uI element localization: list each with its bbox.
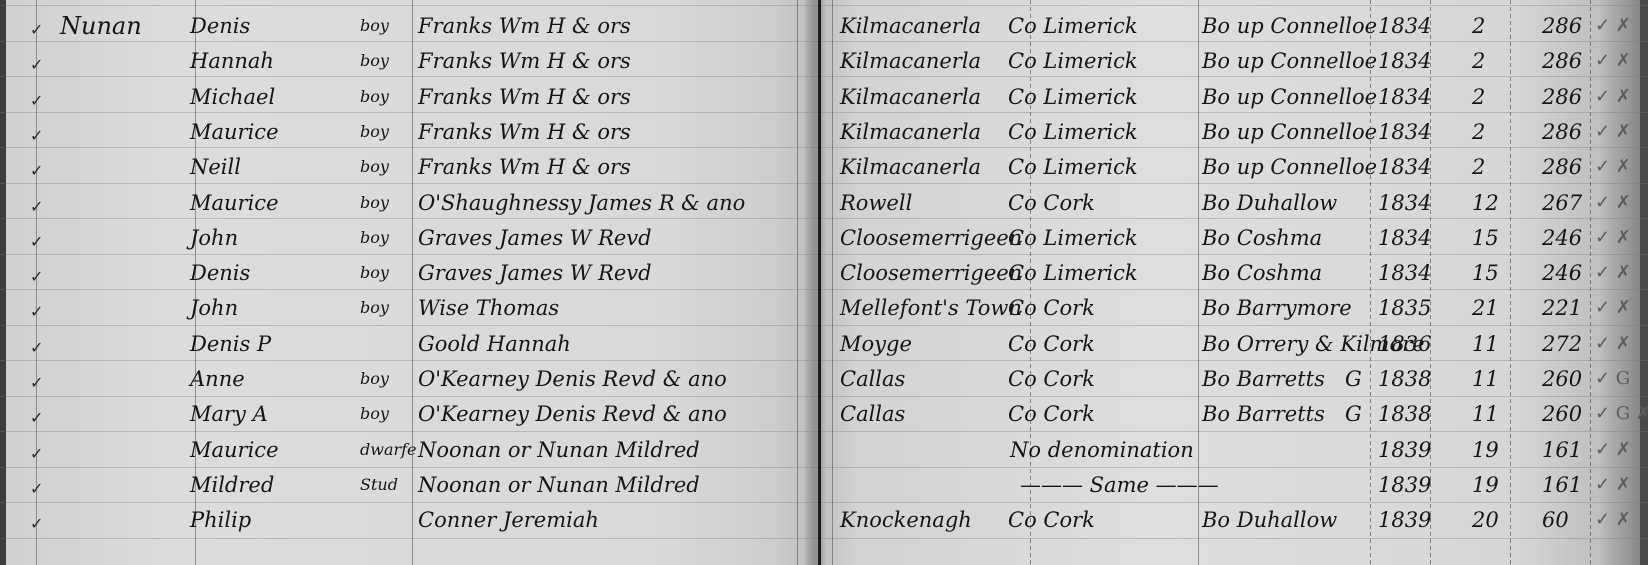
sheet-number: 2: [1472, 155, 1485, 179]
ruled-line: [0, 538, 1648, 539]
townland: Mellefont's Town: [840, 296, 1022, 320]
reference-number: 286: [1542, 85, 1582, 109]
given-name: Mary A: [190, 402, 268, 426]
relation: boy: [360, 296, 389, 320]
relation: boy: [360, 191, 389, 215]
given-name: John: [190, 296, 238, 320]
ruled-line: [0, 112, 1648, 113]
check-marks: ✓ ✗: [1595, 120, 1631, 144]
sheet-number: 11: [1472, 332, 1499, 356]
year: 1834: [1378, 191, 1431, 215]
check-marks: ✓ ✗: [1595, 508, 1631, 532]
sheet-number: 11: [1472, 402, 1499, 426]
barony: Bo Barretts: [1202, 367, 1325, 391]
reference-number: 60: [1542, 508, 1569, 532]
margin-check-icon: ✓: [30, 197, 43, 216]
year: 1834: [1378, 226, 1431, 250]
check-marks: ✓ ✗: [1595, 261, 1631, 285]
occupier: O'Kearney Denis Revd & ano: [418, 402, 727, 426]
barony: Bo Duhallow: [1202, 191, 1337, 215]
occupier-rule: [412, 0, 413, 565]
barony: Bo Barrymore: [1202, 296, 1352, 320]
year: 1834: [1378, 120, 1431, 144]
townland-rule: [832, 0, 833, 565]
reference-number: 286: [1542, 49, 1582, 73]
townland: Kilmacanerla: [840, 14, 981, 38]
book-gutter: [805, 0, 825, 565]
barony: Bo Duhallow: [1202, 508, 1337, 532]
check-marks: ✓ G: [1595, 367, 1630, 391]
townland: Callas: [840, 402, 905, 426]
year: 1839: [1378, 508, 1431, 532]
relation: boy: [360, 226, 389, 250]
county: Co Limerick: [1008, 261, 1138, 285]
given-name: Philip: [190, 508, 251, 532]
relation: dwarfe: [360, 438, 417, 462]
occupier: Franks Wm H & ors: [418, 120, 631, 144]
reference-number: 267: [1542, 191, 1582, 215]
county: Co Limerick: [1008, 14, 1138, 38]
occupier: O'Shaughnessy James R & ano: [418, 191, 745, 215]
occupier: Noonan or Nunan Mildred: [418, 473, 700, 497]
county: Co Cork: [1008, 402, 1095, 426]
occupier: Franks Wm H & ors: [418, 14, 631, 38]
relation: Stud: [360, 473, 398, 497]
ruled-line: [0, 396, 1648, 397]
given-name: Anne: [190, 367, 245, 391]
relation: boy: [360, 120, 389, 144]
check-marks: ✓ G ✗: [1595, 402, 1648, 426]
barony: Bo up Connelloe: [1202, 120, 1377, 144]
ruled-line: [0, 325, 1648, 326]
reference-number: 221: [1542, 296, 1582, 320]
ruled-line: [0, 218, 1648, 219]
barony: Bo Coshma: [1202, 226, 1322, 250]
county: Co Cork: [1008, 332, 1095, 356]
page-edge-right: [1640, 0, 1648, 565]
ruled-line: [0, 431, 1648, 432]
margin-check-icon: ✓: [30, 479, 43, 498]
occupier: Franks Wm H & ors: [418, 49, 631, 73]
relation: boy: [360, 85, 389, 109]
ruled-line: [0, 502, 1648, 503]
townland: Cloosemerrigeen: [840, 226, 1022, 250]
ruled-line: [0, 289, 1648, 290]
occupier: Goold Hannah: [418, 332, 571, 356]
right-page-thick-rule: [818, 0, 821, 565]
reference-number: 260: [1542, 402, 1582, 426]
margin-check-icon: ✓: [30, 408, 43, 427]
given-name: John: [190, 226, 238, 250]
year: 1838: [1378, 402, 1431, 426]
given-name: Mildred: [190, 473, 274, 497]
year: 1834: [1378, 261, 1431, 285]
margin-check-icon: ✓: [30, 373, 43, 392]
reference-number: 260: [1542, 367, 1582, 391]
check-marks: ✓ ✗: [1595, 191, 1631, 215]
county: Co Cork: [1008, 296, 1095, 320]
barony: Bo up Connelloe: [1202, 85, 1377, 109]
barony-mark: G: [1345, 367, 1362, 391]
ruled-line: [0, 41, 1648, 42]
occupier: O'Kearney Denis Revd & ano: [418, 367, 727, 391]
reference-number: 246: [1542, 261, 1582, 285]
relation: boy: [360, 49, 389, 73]
barony-mark: G: [1345, 402, 1362, 426]
check-marks: ✓ ✗: [1595, 473, 1631, 497]
ruled-line: [0, 467, 1648, 468]
left-page-end-rule: [797, 0, 798, 565]
given-name: Hannah: [190, 49, 274, 73]
sheet-number: 12: [1472, 191, 1499, 215]
sheet-number: 2: [1472, 120, 1485, 144]
ledger-spread: Nunan ✓DenisboyFranks Wm H & orsKilmacan…: [0, 0, 1648, 565]
relation: boy: [360, 155, 389, 179]
townland: Rowell: [840, 191, 912, 215]
relation: boy: [360, 367, 389, 391]
townland: Kilmacanerla: [840, 85, 981, 109]
margin-check-icon: ✓: [30, 232, 43, 251]
given-name: Maurice: [190, 120, 279, 144]
year: 1834: [1378, 155, 1431, 179]
reference-number: 286: [1542, 14, 1582, 38]
ruled-line: [0, 5, 1648, 6]
barony: Bo up Connelloe: [1202, 155, 1377, 179]
county: Co Limerick: [1008, 155, 1138, 179]
reference-number: 272: [1542, 332, 1582, 356]
townland: Kilmacanerla: [840, 120, 981, 144]
sheet-number: 19: [1472, 473, 1499, 497]
margin-check-icon: ✓: [30, 20, 43, 39]
denomination-note: ——— Same ———: [1020, 473, 1219, 497]
check-marks: ✓ ✗: [1595, 438, 1631, 462]
given-name: Neill: [190, 155, 241, 179]
sheet-number: 2: [1472, 14, 1485, 38]
sheet-number: 11: [1472, 367, 1499, 391]
given-name: Denis: [190, 14, 250, 38]
check-marks: ✓ ✗: [1595, 85, 1631, 109]
barony: Bo Coshma: [1202, 261, 1322, 285]
surname: Nunan: [60, 14, 142, 38]
reference-number: 161: [1542, 438, 1582, 462]
occupier: Franks Wm H & ors: [418, 85, 631, 109]
county: Co Limerick: [1008, 120, 1138, 144]
townland: Moyge: [840, 332, 912, 356]
reference-number: 286: [1542, 155, 1582, 179]
year: 1834: [1378, 14, 1431, 38]
given-name: Denis P: [190, 332, 271, 356]
ruled-line: [0, 254, 1648, 255]
check-marks: ✓ ✗: [1595, 226, 1631, 250]
year: 1834: [1378, 49, 1431, 73]
check-marks: ✓ ✗: [1595, 14, 1631, 38]
reference-number: 161: [1542, 473, 1582, 497]
check-marks: ✓ ✗: [1595, 49, 1631, 73]
townland: Knockenagh: [840, 508, 972, 532]
ruled-line: [0, 183, 1648, 184]
occupier: Wise Thomas: [418, 296, 559, 320]
townland: Kilmacanerla: [840, 49, 981, 73]
year: 1835: [1378, 296, 1431, 320]
county: Co Limerick: [1008, 49, 1138, 73]
year: 1838: [1378, 367, 1431, 391]
margin-check-icon: ✓: [30, 126, 43, 145]
given-name: Denis: [190, 261, 250, 285]
year: 1839: [1378, 438, 1431, 462]
relation: boy: [360, 261, 389, 285]
county: Co Cork: [1008, 191, 1095, 215]
occupier: Graves James W Revd: [418, 261, 652, 285]
year: 1839: [1378, 473, 1431, 497]
margin-check-icon: ✓: [30, 302, 43, 321]
margin-check-icon: ✓: [30, 514, 43, 533]
sheet-number: 15: [1472, 226, 1499, 250]
townland: Cloosemerrigeen: [840, 261, 1022, 285]
check-marks: ✓ ✗: [1595, 296, 1631, 320]
county: Co Limerick: [1008, 85, 1138, 109]
occupier: Graves James W Revd: [418, 226, 652, 250]
sheet-number: 20: [1472, 508, 1499, 532]
check-marks: ✓ ✗: [1595, 332, 1631, 356]
sheet-number: 2: [1472, 85, 1485, 109]
margin-check-icon: ✓: [30, 267, 43, 286]
sheet-number: 19: [1472, 438, 1499, 462]
sheet-number: 21: [1472, 296, 1499, 320]
sheet-number: 2: [1472, 49, 1485, 73]
reference-number: 286: [1542, 120, 1582, 144]
year: 1834: [1378, 85, 1431, 109]
denomination-note: No denomination: [1010, 438, 1194, 462]
barony: Bo Barretts: [1202, 402, 1325, 426]
margin-check-icon: ✓: [30, 161, 43, 180]
occupier: Conner Jeremiah: [418, 508, 599, 532]
margin-check-icon: ✓: [30, 338, 43, 357]
reference-number: 246: [1542, 226, 1582, 250]
barony: Bo up Connelloe: [1202, 14, 1377, 38]
year: 1836: [1378, 332, 1431, 356]
sheet-number: 15: [1472, 261, 1499, 285]
given-name: Maurice: [190, 438, 279, 462]
relation: boy: [360, 402, 389, 426]
townland: Callas: [840, 367, 905, 391]
margin-check-icon: ✓: [30, 55, 43, 74]
ruled-line: [0, 147, 1648, 148]
ref-rule: [1510, 0, 1511, 565]
county: Co Cork: [1008, 367, 1095, 391]
barony: Bo up Connelloe: [1202, 49, 1377, 73]
ruled-line: [0, 360, 1648, 361]
page-edge-left: [0, 0, 6, 565]
given-name: Michael: [190, 85, 275, 109]
county: Co Limerick: [1008, 226, 1138, 250]
check-marks: ✓ ✗: [1595, 155, 1631, 179]
given-name: Maurice: [190, 191, 279, 215]
ruled-line: [0, 76, 1648, 77]
townland: Kilmacanerla: [840, 155, 981, 179]
county: Co Cork: [1008, 508, 1095, 532]
relation: boy: [360, 14, 389, 38]
margin-check-icon: ✓: [30, 444, 43, 463]
occupier: Noonan or Nunan Mildred: [418, 438, 700, 462]
marks-rule: [1590, 0, 1591, 565]
occupier: Franks Wm H & ors: [418, 155, 631, 179]
margin-check-icon: ✓: [30, 91, 43, 110]
